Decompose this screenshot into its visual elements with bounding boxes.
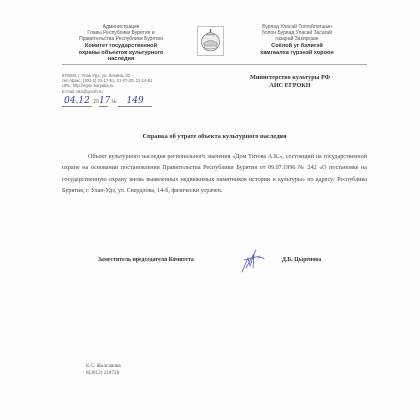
document-title: Справка об утрате объекта культурного на…: [62, 133, 367, 140]
letterhead-left-line: Правительства Республики Бурятия: [62, 36, 180, 42]
registration-year: 17: [99, 96, 110, 106]
sender-address: 670000, г. Улан-Удэ, ул. Ленина, 30 тел.…: [62, 73, 182, 94]
recipient: Министерство культуры РФ АИС ЕГРОКН: [225, 74, 355, 89]
registration-number: 149: [127, 96, 144, 106]
registration-date: 04.12: [64, 96, 90, 106]
committee-name: Комитет государственной охраны объектов …: [62, 43, 180, 63]
header-divider: [62, 64, 367, 65]
handwritten-signature-icon: [238, 246, 268, 274]
executor-phone: 8(3012) 218720: [86, 370, 121, 377]
letterhead-right: Буряад Уласай Толгойлогшын болон Буряад …: [238, 24, 356, 56]
signatory-name: Д.Б. Цыренова: [282, 257, 321, 263]
signatory-position: Заместитель председателя Комитета: [98, 257, 194, 263]
registration-line: 04.12 2017 № 149: [62, 96, 172, 106]
document-page: Администрация Главы Республики Бурятия и…: [0, 0, 420, 420]
letterhead-left: Администрация Главы Республики Бурятия и…: [62, 24, 180, 63]
coat-of-arms-icon: [197, 26, 224, 56]
executor-info: Е.С. Жалсанова 8(3012) 218720: [86, 363, 121, 377]
document-body: Объект культурного наследия региональног…: [62, 152, 367, 197]
committee-name-buryat: Соёлой уг бэлигэй хамгаалха гүрэнэй хоро…: [238, 43, 356, 56]
letterhead-right-line: газарай Захиргаан: [238, 36, 356, 42]
executor-name: Е.С. Жалсанова: [86, 363, 121, 370]
